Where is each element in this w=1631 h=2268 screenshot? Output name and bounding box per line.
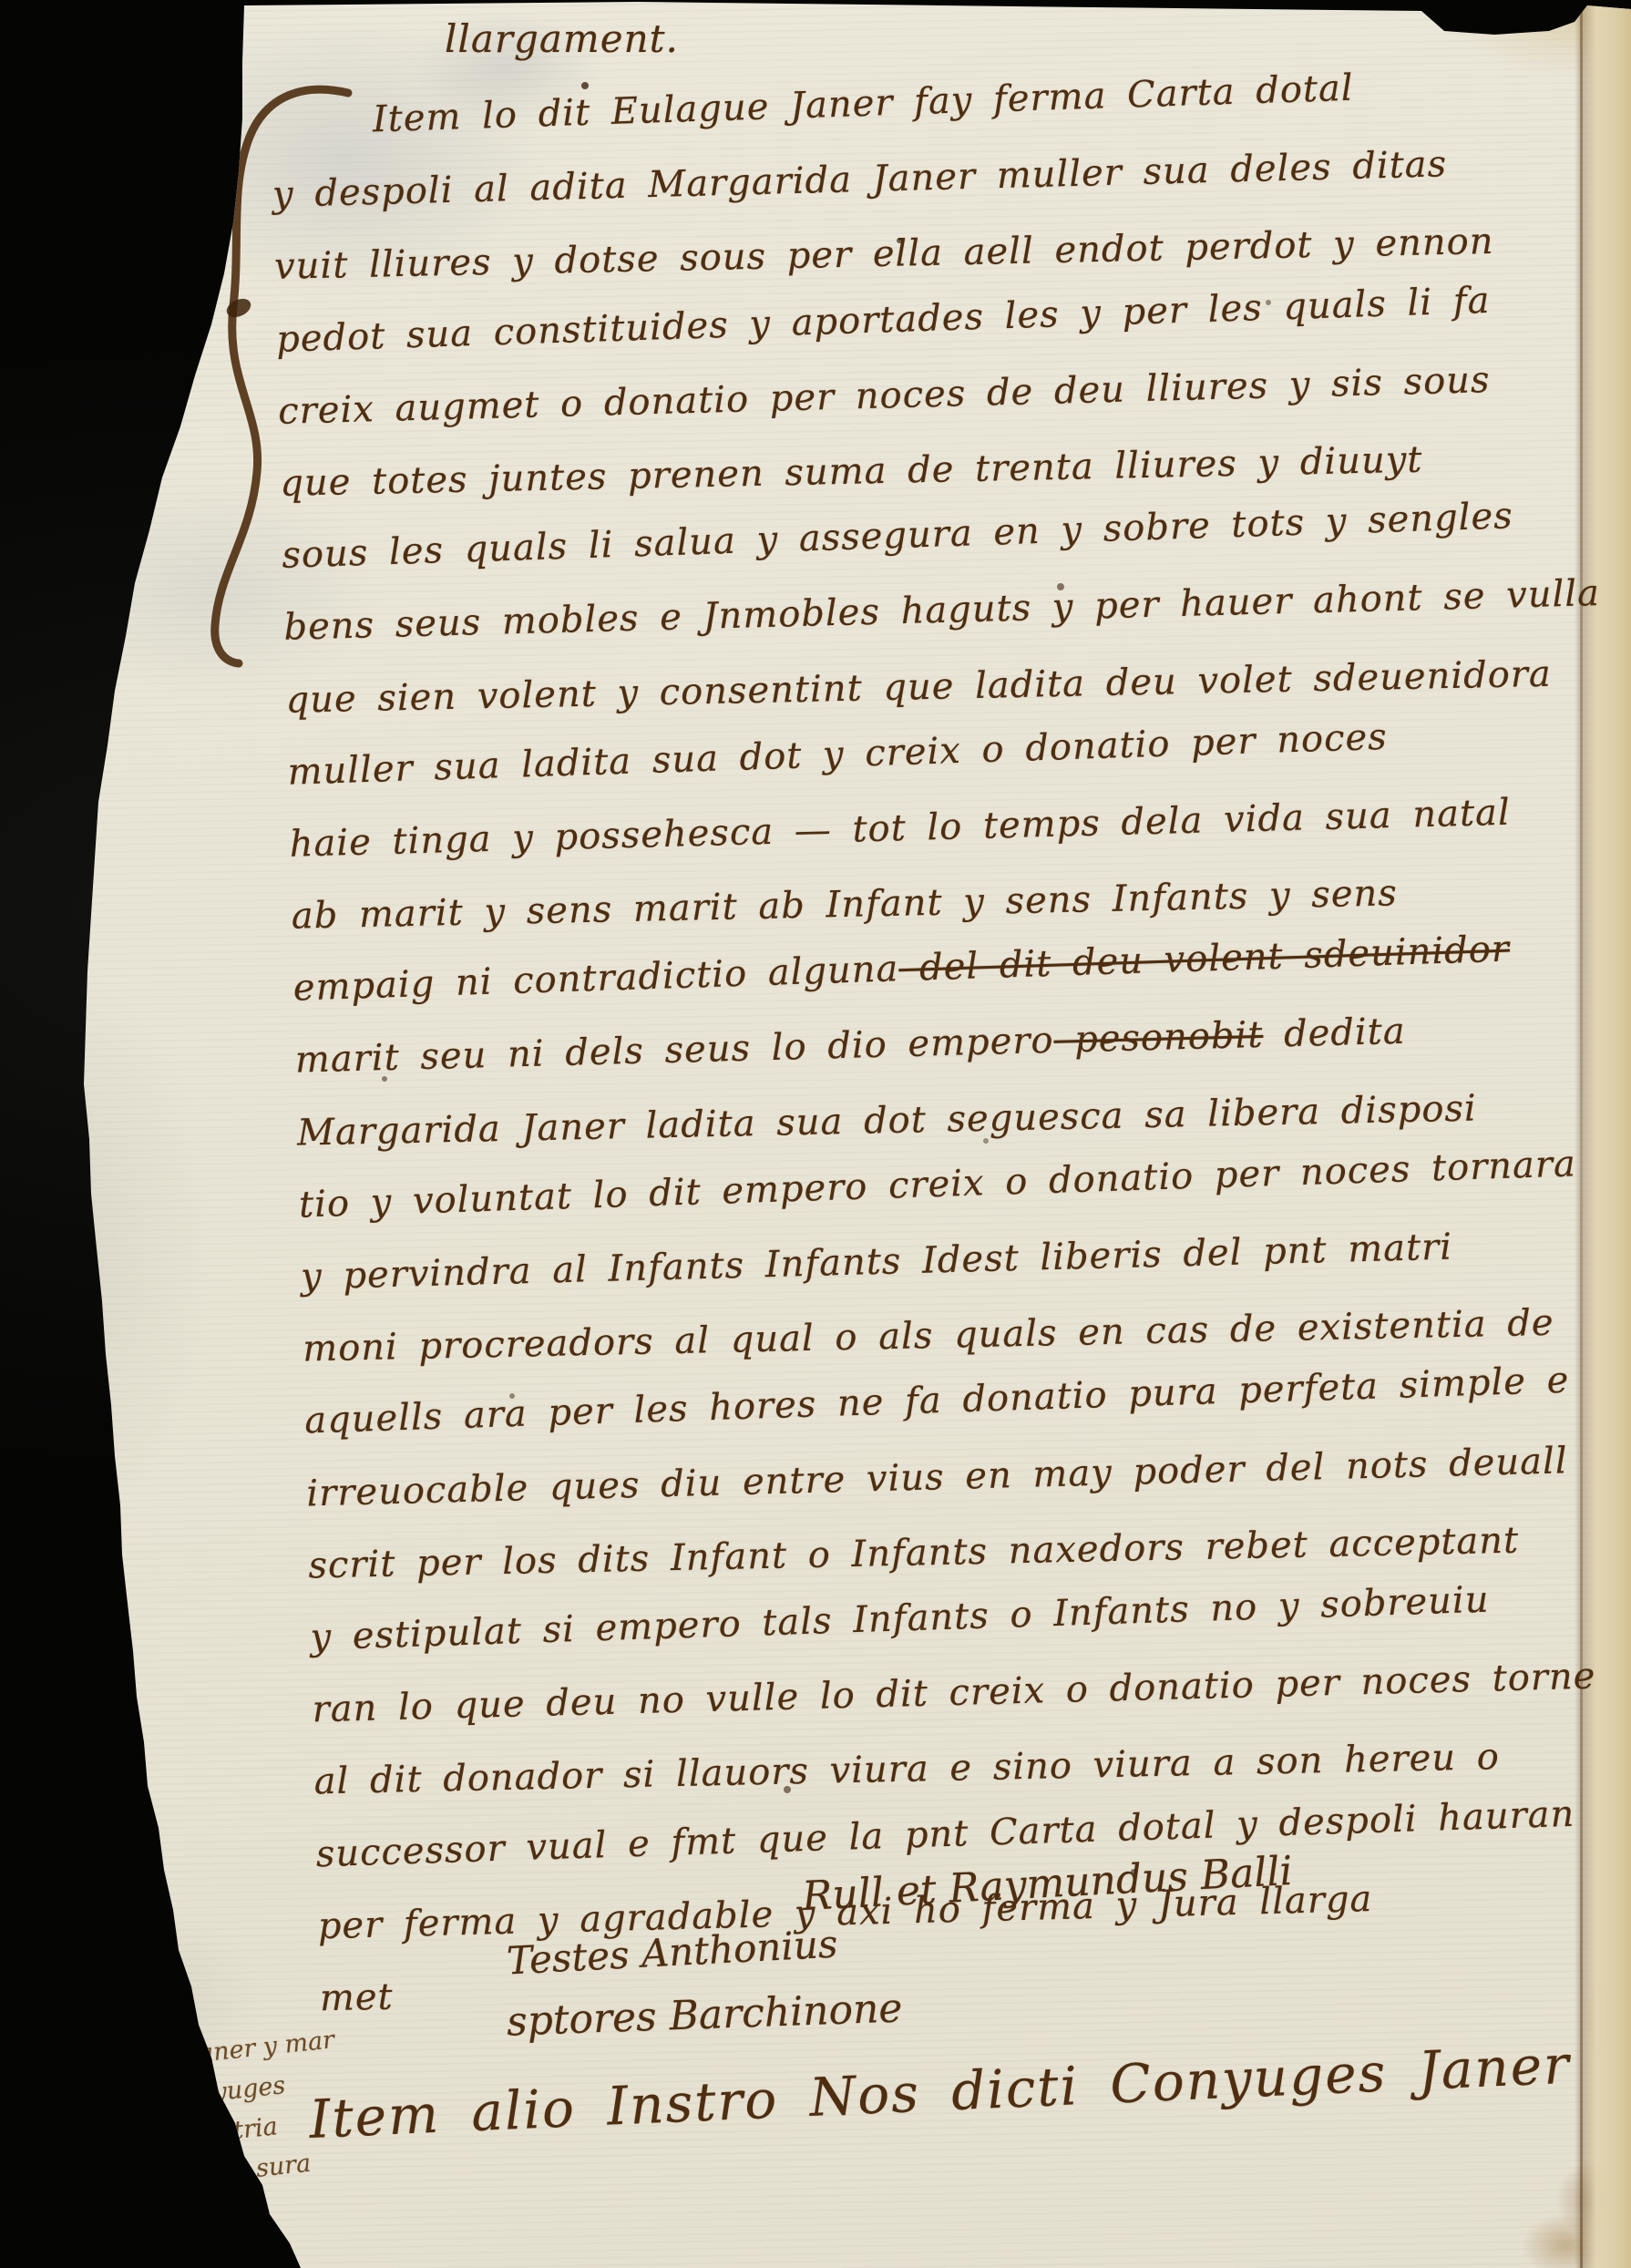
ink-specks bbox=[0, 0, 4, 4]
fold-crease-line bbox=[1580, 0, 1583, 2268]
binding-fold bbox=[1575, 0, 1631, 2268]
closing-line: Item alio Instro Nos dicti Conyuges Jane… bbox=[308, 2034, 1572, 2150]
struck-text: pesonobit bbox=[1053, 1014, 1264, 1062]
heading-llargament: llargament. bbox=[445, 16, 679, 61]
manuscript-lines: Item lo dit Eulague Janer fay ferma Cart… bbox=[270, 56, 1523, 2035]
manuscript-photo: { "page": { "background_color": "#050504… bbox=[0, 0, 1631, 2268]
struck-text: del dit deu volent sdeuinidor bbox=[898, 929, 1511, 990]
manuscript-page: llargament. Item lo dit Eulague Janer fa… bbox=[0, 0, 1631, 2268]
